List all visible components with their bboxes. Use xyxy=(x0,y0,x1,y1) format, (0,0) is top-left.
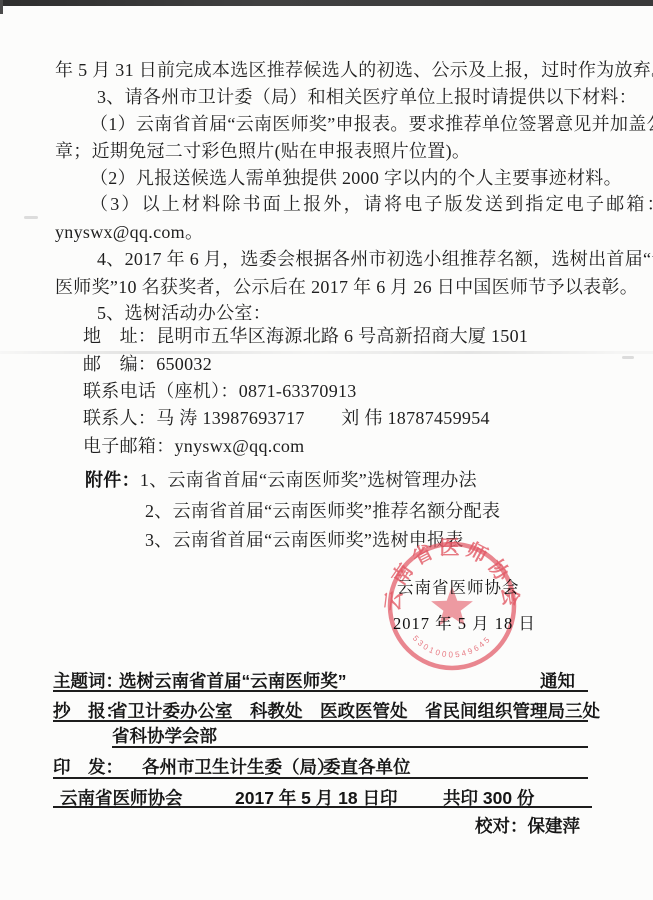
seal-serial: 5301000549645 xyxy=(411,634,493,660)
attachments-label: 附件： xyxy=(85,470,140,490)
contact-zip-line: 邮 编：650032 xyxy=(83,354,212,375)
contact-phone-line: 联系电话（座机）：0871-63370913 xyxy=(83,381,357,402)
body-line: （1）云南省首届“云南医师奖”申报表。要求推荐单位签署意见并加盖公 xyxy=(90,114,653,135)
signature-org: 云南省医师协会 xyxy=(397,579,520,597)
scan-top-edge xyxy=(0,0,653,6)
body-line: 3、请各州市卫计委（局）和相关医疗单位上报时请提供以下材料： xyxy=(97,87,637,108)
scan-speck xyxy=(24,216,38,219)
cc-value-2: 省科协学会部 xyxy=(112,727,217,746)
attachment-item: 2、云南省首届“云南医师奖”推荐名额分配表 xyxy=(145,501,500,522)
signature-date: 2017 年 5 月 18 日 xyxy=(393,615,536,633)
rule-line xyxy=(53,806,592,808)
rule-line xyxy=(53,690,588,692)
attachments-line: 附件：1、云南省首届“云南医师奖”选树管理办法 xyxy=(85,470,477,491)
subject-value: 选树云南省首届“云南医师奖” xyxy=(119,672,347,691)
doc-type: 通知 xyxy=(540,672,575,691)
issue-label: 印 发： xyxy=(53,758,123,777)
rule-line xyxy=(53,720,588,722)
body-line: 5、选树活动办公室： xyxy=(97,303,271,324)
body-line: （3）以上材料除书面上报外，请将电子版发送到指定电子邮箱： xyxy=(90,194,653,215)
issue-value-1: 各州市卫生计生委（局） xyxy=(142,758,335,777)
contact-email-line: 电子邮箱：ynyswx@qq.com xyxy=(83,436,304,457)
cc-value: 省卫计委办公室 科教处 医政医管处 省民间组织管理局三处 xyxy=(110,702,600,721)
body-line: （2）凡报送候选人需单独提供 2000 字以内的个人主要事迹材料。 xyxy=(90,168,622,189)
svg-text:5301000549645: 5301000549645 xyxy=(411,634,493,660)
scanned-document-page: 年 5 月 31 日前完成本选区推荐候选人的初选、公示及上报，过时作为放弃。 3… xyxy=(0,0,653,900)
proofreader: 校对：保建萍 xyxy=(475,817,580,836)
contact-person-line: 联系人：马 涛 13987693717 刘 伟 18787459954 xyxy=(83,408,490,429)
scan-left-edge xyxy=(0,0,3,14)
subject-label: 主题词： xyxy=(53,672,123,691)
contact-address-line: 地 址：昆明市五华区海源北路 6 号高新招商大厦 1501 xyxy=(83,326,528,347)
body-line: 医师奖”10 名获奖者，公示后在 2017 年 6 月 26 日中国医师节予以表… xyxy=(55,277,638,298)
issue-value-2: 委直各单位 xyxy=(323,758,411,777)
body-line: 年 5 月 31 日前完成本选区推荐候选人的初选、公示及上报，过时作为放弃。 xyxy=(55,60,653,81)
scan-speck xyxy=(622,356,634,359)
attachment-item: 1、云南省首届“云南医师奖”选树管理办法 xyxy=(140,470,477,490)
body-line: ynyswx@qq.com。 xyxy=(55,222,203,243)
body-line: 4、2017 年 6 月，选委会根据各州市初选小组推荐名额，选树出首届“云南 xyxy=(97,249,653,270)
body-line: 章；近期免冠二寸彩色照片(贴在申报表照片位置)。 xyxy=(55,141,470,162)
rule-line xyxy=(112,746,588,748)
official-seal: 云南省医师协会 5301000549645 xyxy=(372,526,532,686)
rule-line xyxy=(53,777,588,779)
